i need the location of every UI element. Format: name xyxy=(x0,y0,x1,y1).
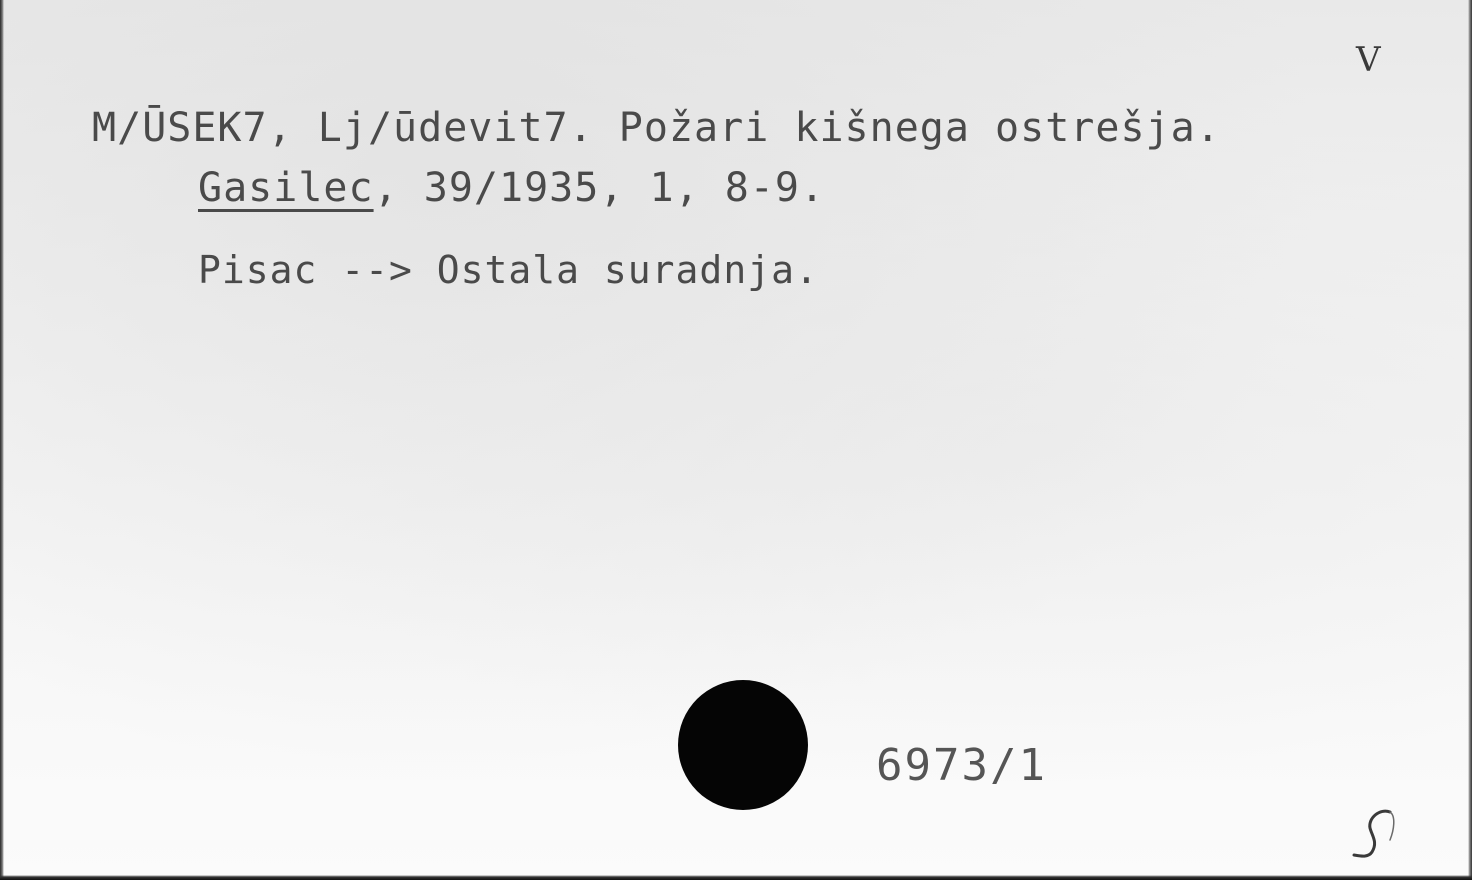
author-supplied: ŪSEK xyxy=(142,105,242,151)
entry-heading: M/ŪSEK7, Lj/ūdevit7. Požari kišnega ostr… xyxy=(92,108,1221,148)
given-supplied: ūdevit xyxy=(393,105,544,151)
card-edge-left xyxy=(0,0,4,880)
given-bracket-close: 7 xyxy=(544,105,569,151)
card-edge-right xyxy=(1468,0,1472,880)
handwritten-mark-icon xyxy=(1350,800,1410,870)
author-bracket-close: 7 xyxy=(243,105,268,151)
punched-dot-icon xyxy=(678,680,808,810)
entry-title: . Požari kišnega ostrešja. xyxy=(569,105,1221,151)
call-number: 6973/1 xyxy=(876,740,1047,791)
author-bracket-open: / xyxy=(117,105,142,151)
card-edge-bottom xyxy=(0,875,1472,880)
section-letter: V xyxy=(1356,40,1381,80)
given-prefix: Lj xyxy=(318,105,368,151)
given-bracket-open: / xyxy=(368,105,393,151)
citation-details: , 39/1935, 1, 8-9. xyxy=(374,165,825,211)
author-prefix: M xyxy=(92,105,117,151)
entry-citation: Gasilec, 39/1935, 1, 8-9. xyxy=(198,168,825,208)
periodical-title: Gasilec xyxy=(198,165,374,211)
cross-reference: Pisac --> Ostala suradnja. xyxy=(198,250,819,290)
catalog-card: V M/ŪSEK7, Lj/ūdevit7. Požari kišnega os… xyxy=(0,0,1472,880)
author-separator: , xyxy=(268,105,318,151)
